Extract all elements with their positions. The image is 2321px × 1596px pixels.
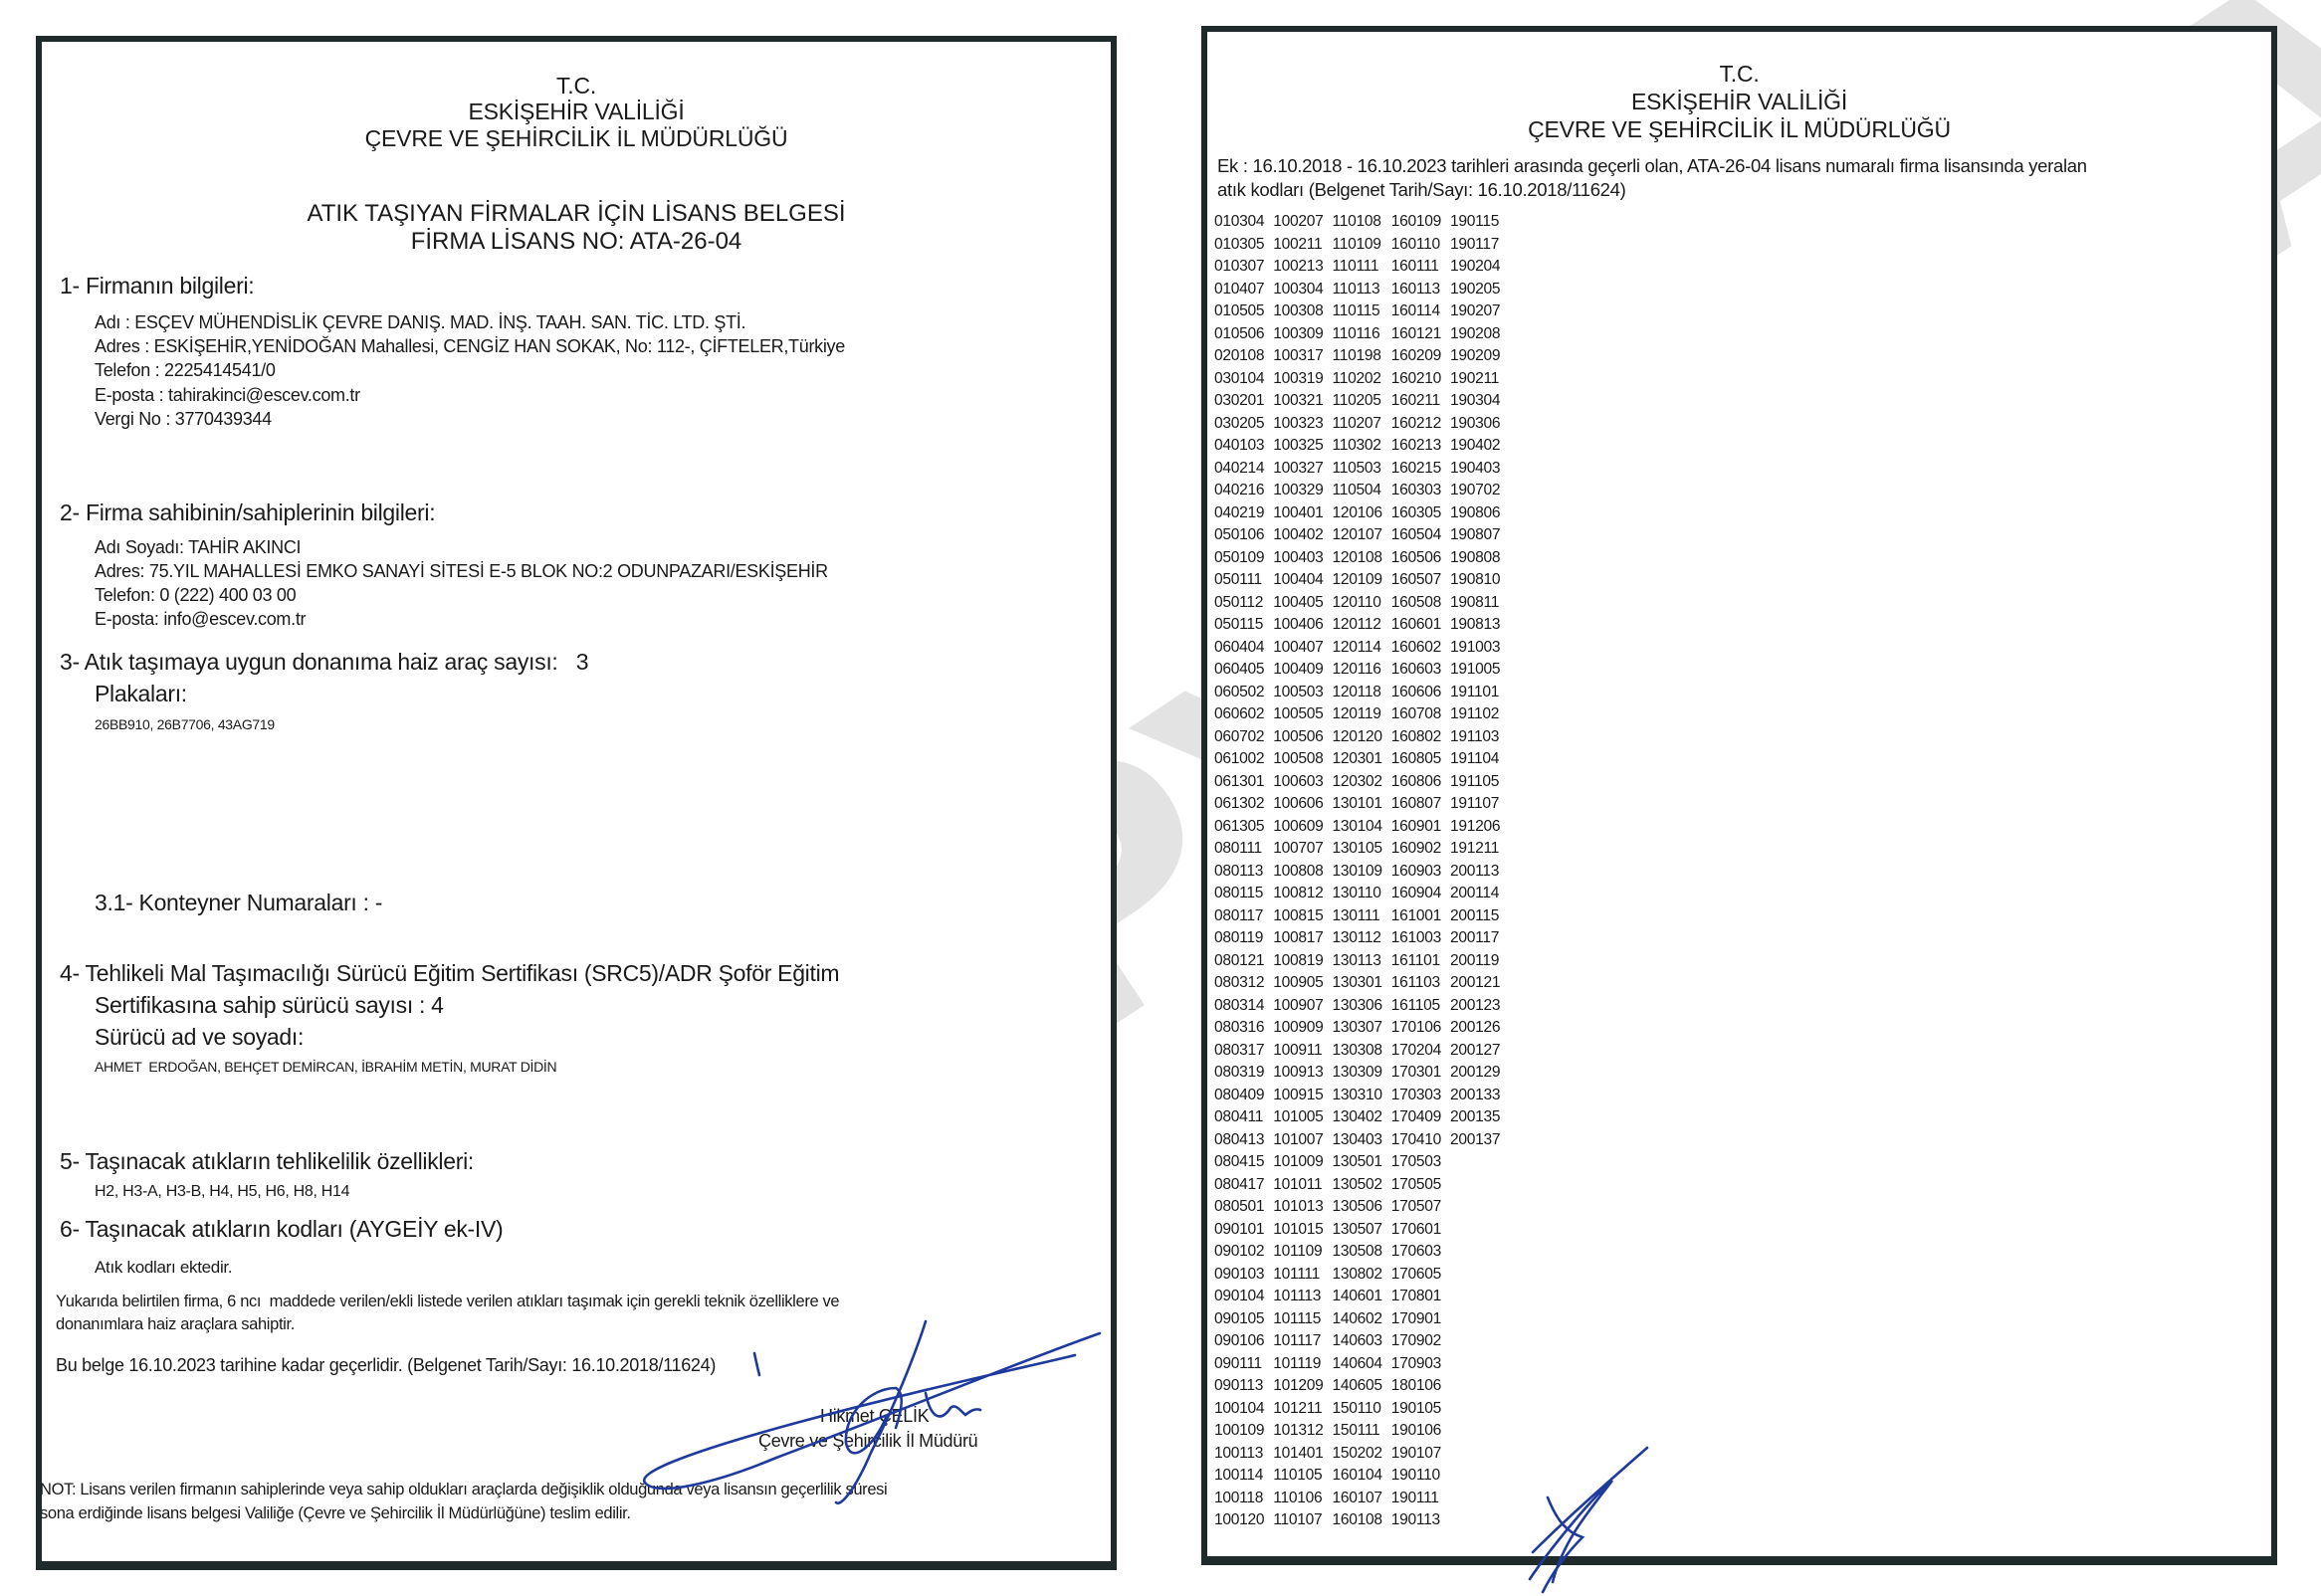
waste-code-cell: 130110 — [1333, 883, 1391, 905]
waste-code-cell — [1450, 1398, 1509, 1421]
waste-codes-attached-note: Atık kodları ektedir. — [95, 1258, 232, 1278]
waste-codes-table: 0103041002071101081601091901150103051002… — [1214, 211, 1509, 1532]
table-row: 061305100609130104160901191206 — [1214, 816, 1509, 839]
waste-code-cell: 100609 — [1273, 816, 1332, 839]
waste-code-cell: 100309 — [1273, 323, 1332, 346]
waste-code-cell: 160602 — [1391, 637, 1450, 660]
waste-code-cell: 150111 — [1333, 1420, 1391, 1443]
certified-driver-count: Sertifikasına sahip sürücü sayısı : 4 — [95, 992, 444, 1019]
waste-code-cell: 100327 — [1273, 458, 1332, 481]
table-row: 061301100603120302160806191105 — [1214, 771, 1509, 794]
waste-code-cell: 190205 — [1450, 279, 1509, 301]
table-row: 050106100402120107160504190807 — [1214, 524, 1509, 547]
waste-code-cell: 100819 — [1273, 950, 1332, 973]
waste-code-cell: 160806 — [1391, 771, 1450, 794]
license-number: FİRMA LİSANS NO: ATA-26-04 — [42, 227, 1111, 256]
waste-code-cell: 130112 — [1333, 927, 1391, 950]
waste-code-cell: 190110 — [1391, 1465, 1450, 1488]
annex-header-line-directorate: ÇEVRE VE ŞEHİRCİLİK İL MÜDÜRLÜĞÜ — [1207, 115, 2271, 143]
waste-code-cell: 100403 — [1273, 547, 1332, 570]
waste-code-cell: 061301 — [1214, 771, 1273, 794]
table-row: 080113100808130109160903200113 — [1214, 861, 1509, 884]
header-line-directorate: ÇEVRE VE ŞEHİRCİLİK İL MÜDÜRLÜĞÜ — [42, 124, 1111, 152]
table-row: 010307100213110111160111190204 — [1214, 256, 1509, 279]
annex-description-line-1: Ek : 16.10.2018 - 16.10.2023 tarihleri a… — [1217, 155, 2087, 177]
waste-code-cell: 110202 — [1333, 368, 1391, 391]
waste-code-cell: 120107 — [1333, 524, 1391, 547]
waste-code-cell: 200117 — [1450, 927, 1509, 950]
waste-code-cell: 130105 — [1333, 838, 1391, 861]
waste-code-cell: 010305 — [1214, 234, 1273, 257]
waste-code-cell: 040219 — [1214, 502, 1273, 525]
waste-code-cell: 200121 — [1450, 972, 1509, 995]
waste-code-cell: 190813 — [1450, 614, 1509, 637]
waste-code-cell: 101119 — [1273, 1353, 1332, 1376]
waste-code-cell: 190808 — [1450, 547, 1509, 570]
waste-code-cell: 170507 — [1391, 1196, 1450, 1219]
waste-code-cell: 061302 — [1214, 793, 1273, 816]
waste-code-cell: 060405 — [1214, 659, 1273, 682]
waste-code-cell: 191105 — [1450, 771, 1509, 794]
waste-code-cell: 100404 — [1273, 569, 1332, 592]
waste-code-cell: 090105 — [1214, 1308, 1273, 1331]
waste-code-cell: 160215 — [1391, 458, 1450, 481]
waste-code-cell: 190115 — [1450, 211, 1509, 234]
waste-code-cell: 090113 — [1214, 1375, 1273, 1398]
waste-code-cell: 080415 — [1214, 1151, 1273, 1174]
waste-code-cell: 160113 — [1391, 279, 1450, 301]
table-row: 100104101211150110190105 — [1214, 1398, 1509, 1421]
waste-code-cell: 190403 — [1450, 458, 1509, 481]
section-1-heading: 1- Firmanın bilgileri: — [60, 273, 254, 299]
waste-code-cell: 160303 — [1391, 480, 1450, 502]
waste-code-cell: 170410 — [1391, 1129, 1450, 1152]
table-row: 080319100913130309170301200129 — [1214, 1062, 1509, 1085]
waste-code-cell: 100405 — [1273, 592, 1332, 615]
table-row: 080314100907130306161105200123 — [1214, 995, 1509, 1018]
waste-code-cell: 200137 — [1450, 1129, 1509, 1152]
waste-code-cell: 190117 — [1450, 234, 1509, 257]
waste-code-cell: 080501 — [1214, 1196, 1273, 1219]
header-line-governorship: ESKİŞEHİR VALİLİĞİ — [42, 98, 1111, 125]
waste-code-cell: 130402 — [1333, 1106, 1391, 1129]
waste-code-cell — [1450, 1174, 1509, 1197]
table-row: 090113101209140605180106 — [1214, 1375, 1509, 1398]
waste-code-cell: 160121 — [1391, 323, 1450, 346]
waste-code-cell: 130104 — [1333, 816, 1391, 839]
waste-code-cell: 120109 — [1333, 569, 1391, 592]
waste-code-cell: 200127 — [1450, 1040, 1509, 1063]
waste-code-cell: 150110 — [1333, 1398, 1391, 1421]
waste-code-cell: 100503 — [1273, 682, 1332, 704]
waste-code-cell: 170301 — [1391, 1062, 1450, 1085]
waste-code-cell: 130502 — [1333, 1174, 1391, 1197]
waste-code-cell: 080409 — [1214, 1085, 1273, 1107]
waste-code-cell: 040103 — [1214, 435, 1273, 458]
plates-label: Plakaları: — [95, 681, 187, 707]
waste-code-cell: 190810 — [1450, 569, 1509, 592]
header-line-tc: T.C. — [42, 72, 1111, 100]
waste-code-cell: 110107 — [1273, 1509, 1332, 1532]
waste-code-cell: 101115 — [1273, 1308, 1332, 1331]
waste-code-cell: 160805 — [1391, 748, 1450, 771]
waste-code-cell: 170902 — [1391, 1330, 1450, 1353]
waste-code-cell: 120302 — [1333, 771, 1391, 794]
waste-code-cell: 130508 — [1333, 1241, 1391, 1264]
table-row: 060404100407120114160602191003 — [1214, 637, 1509, 660]
company-tax-number: Vergi No : 3770439344 — [95, 409, 272, 430]
table-row: 040216100329110504160303190702 — [1214, 480, 1509, 502]
company-email: E-posta : tahirakinci@escev.com.tr — [95, 385, 360, 406]
waste-code-cell: 190105 — [1391, 1398, 1450, 1421]
waste-code-cell: 101007 — [1273, 1129, 1332, 1152]
waste-code-cell — [1450, 1219, 1509, 1242]
waste-code-cell: 100113 — [1214, 1443, 1273, 1466]
waste-code-cell: 100329 — [1273, 480, 1332, 502]
waste-code-cell — [1450, 1509, 1509, 1532]
waste-code-cell: 190209 — [1450, 345, 1509, 368]
waste-code-cell: 200114 — [1450, 883, 1509, 905]
table-row: 030201100321110205160211190304 — [1214, 390, 1509, 413]
waste-code-cell: 080113 — [1214, 861, 1273, 884]
waste-code-cell: 170801 — [1391, 1286, 1450, 1308]
waste-code-cell: 190204 — [1450, 256, 1509, 279]
table-row: 080117100815130111161001200115 — [1214, 905, 1509, 928]
waste-code-cell: 100109 — [1214, 1420, 1273, 1443]
waste-code-cell: 090106 — [1214, 1330, 1273, 1353]
waste-code-cell: 140604 — [1333, 1353, 1391, 1376]
waste-code-cell: 120110 — [1333, 592, 1391, 615]
waste-code-cell: 190107 — [1391, 1443, 1450, 1466]
waste-code-cell: 130111 — [1333, 905, 1391, 928]
waste-code-cell: 160210 — [1391, 368, 1450, 391]
waste-code-cell: 100508 — [1273, 748, 1332, 771]
waste-code-cell: 130501 — [1333, 1151, 1391, 1174]
waste-code-cell: 100506 — [1273, 726, 1332, 749]
waste-code-cell: 190702 — [1450, 480, 1509, 502]
waste-code-cell: 030201 — [1214, 390, 1273, 413]
waste-code-cell: 191102 — [1450, 703, 1509, 726]
table-row: 050115100406120112160601190813 — [1214, 614, 1509, 637]
waste-code-cell: 130310 — [1333, 1085, 1391, 1107]
waste-code-cell: 100911 — [1273, 1040, 1332, 1063]
waste-code-cell: 101312 — [1273, 1420, 1332, 1443]
table-row: 060702100506120120160802191103 — [1214, 726, 1509, 749]
table-row: 090102101109130508170603 — [1214, 1241, 1509, 1264]
waste-code-cell: 101111 — [1273, 1264, 1332, 1287]
waste-code-cell: 191103 — [1450, 726, 1509, 749]
table-row: 050109100403120108160506190808 — [1214, 547, 1509, 570]
waste-code-cell: 080119 — [1214, 927, 1273, 950]
waste-code-cell: 080317 — [1214, 1040, 1273, 1063]
waste-code-cell: 100907 — [1273, 995, 1332, 1018]
waste-code-cell: 101117 — [1273, 1330, 1332, 1353]
waste-code-cell: 170106 — [1391, 1017, 1450, 1040]
table-row: 010304100207110108160109190115 — [1214, 211, 1509, 234]
waste-code-cell: 120106 — [1333, 502, 1391, 525]
waste-codes-annex-page: T.C. ESKİŞEHİR VALİLİĞİ ÇEVRE VE ŞEHİRCİ… — [1201, 26, 2277, 1565]
waste-code-cell: 100325 — [1273, 435, 1332, 458]
waste-code-cell: 101015 — [1273, 1219, 1332, 1242]
document-title: ATIK TAŞIYAN FİRMALAR İÇİN LİSANS BELGES… — [42, 199, 1111, 228]
waste-code-cell: 160606 — [1391, 682, 1450, 704]
waste-code-cell: 120116 — [1333, 659, 1391, 682]
table-row: 040103100325110302160213190402 — [1214, 435, 1509, 458]
waste-code-cell — [1450, 1420, 1509, 1443]
waste-code-cell: 170409 — [1391, 1106, 1450, 1129]
waste-code-cell: 100815 — [1273, 905, 1332, 928]
waste-code-cell: 130113 — [1333, 950, 1391, 973]
waste-code-cell: 100402 — [1273, 524, 1332, 547]
company-name: Adı : ESÇEV MÜHENDİSLİK ÇEVRE DANIŞ. MAD… — [95, 312, 745, 333]
waste-code-cell: 160111 — [1391, 256, 1450, 279]
waste-code-cell: 190304 — [1450, 390, 1509, 413]
waste-code-cell: 010407 — [1214, 279, 1273, 301]
waste-code-cell: 080314 — [1214, 995, 1273, 1018]
waste-code-cell: 050111 — [1214, 569, 1273, 592]
waste-code-cell: 100104 — [1214, 1398, 1273, 1421]
vehicle-plates: 26BB910, 26B7706, 43AG719 — [95, 716, 275, 732]
table-row: 090104101113140601170801 — [1214, 1286, 1509, 1308]
waste-code-cell: 100213 — [1273, 256, 1332, 279]
waste-code-cell: 200115 — [1450, 905, 1509, 928]
waste-code-cell: 030205 — [1214, 413, 1273, 436]
owner-name: Adı Soyadı: TAHİR AKINCI — [95, 537, 301, 558]
waste-code-cell: 101401 — [1273, 1443, 1332, 1466]
owner-address: Adres: 75.YIL MAHALLESİ EMKO SANAYİ SİTE… — [95, 561, 828, 582]
table-row: 060502100503120118160606191101 — [1214, 682, 1509, 704]
table-row: 100113101401150202190107 — [1214, 1443, 1509, 1466]
waste-code-cell: 120108 — [1333, 547, 1391, 570]
waste-code-cell: 190207 — [1450, 300, 1509, 323]
waste-code-cell: 110205 — [1333, 390, 1391, 413]
table-row: 010407100304110113160113190205 — [1214, 279, 1509, 301]
waste-code-cell: 101011 — [1273, 1174, 1332, 1197]
table-row: 050111100404120109160507190810 — [1214, 569, 1509, 592]
waste-code-cell: 110116 — [1333, 323, 1391, 346]
waste-code-cell: 161003 — [1391, 927, 1450, 950]
waste-code-cell: 050112 — [1214, 592, 1273, 615]
table-row: 080415101009130501170503 — [1214, 1151, 1509, 1174]
waste-code-cell: 170605 — [1391, 1264, 1450, 1287]
table-row: 010505100308110115160114190207 — [1214, 300, 1509, 323]
owner-phone: Telefon: 0 (222) 400 03 00 — [95, 585, 296, 606]
table-row: 080121100819130113161101200119 — [1214, 950, 1509, 973]
waste-code-cell: 190807 — [1450, 524, 1509, 547]
waste-code-cell: 190806 — [1450, 502, 1509, 525]
table-row: 090101101015130507170601 — [1214, 1219, 1509, 1242]
waste-code-cell: 090103 — [1214, 1264, 1273, 1287]
waste-code-cell: 110111 — [1333, 256, 1391, 279]
waste-code-cell: 101209 — [1273, 1375, 1332, 1398]
waste-code-cell: 200126 — [1450, 1017, 1509, 1040]
waste-code-cell: 101113 — [1273, 1286, 1332, 1308]
waste-code-cell: 120114 — [1333, 637, 1391, 660]
waste-code-cell — [1450, 1241, 1509, 1264]
table-row: 080409100915130310170303200133 — [1214, 1085, 1509, 1107]
waste-code-cell: 161105 — [1391, 995, 1450, 1018]
waste-code-cell: 101211 — [1273, 1398, 1332, 1421]
waste-code-cell: 100707 — [1273, 838, 1332, 861]
table-row: 100120110107160108190113 — [1214, 1509, 1509, 1532]
waste-code-cell: 140601 — [1333, 1286, 1391, 1308]
waste-code-cell — [1450, 1196, 1509, 1219]
table-row: 090105101115140602170901 — [1214, 1308, 1509, 1331]
waste-code-cell: 080319 — [1214, 1062, 1273, 1085]
company-address: Adres : ESKİŞEHİR,YENİDOĞAN Mahallesi, C… — [95, 336, 845, 357]
waste-code-cell: 100905 — [1273, 972, 1332, 995]
initials-signature-icon — [1508, 1443, 1667, 1592]
waste-code-cell: 010304 — [1214, 211, 1273, 234]
waste-code-cell: 170303 — [1391, 1085, 1450, 1107]
waste-code-cell: 100407 — [1273, 637, 1332, 660]
waste-code-cell: 050109 — [1214, 547, 1273, 570]
waste-code-cell: 100114 — [1214, 1465, 1273, 1488]
waste-code-cell: 100409 — [1273, 659, 1332, 682]
waste-code-cell: 101005 — [1273, 1106, 1332, 1129]
waste-code-cell: 160110 — [1391, 234, 1450, 257]
waste-code-cell — [1450, 1151, 1509, 1174]
waste-code-cell: 170204 — [1391, 1040, 1450, 1063]
waste-code-cell — [1450, 1286, 1509, 1308]
waste-code-cell: 130301 — [1333, 972, 1391, 995]
waste-code-cell: 200129 — [1450, 1062, 1509, 1085]
waste-code-cell: 090101 — [1214, 1219, 1273, 1242]
waste-code-cell: 130308 — [1333, 1040, 1391, 1063]
waste-code-cell: 180106 — [1391, 1375, 1450, 1398]
waste-code-cell: 160708 — [1391, 703, 1450, 726]
waste-code-cell: 130506 — [1333, 1196, 1391, 1219]
waste-code-cell: 160601 — [1391, 614, 1450, 637]
waste-code-cell: 100505 — [1273, 703, 1332, 726]
waste-code-cell: 010307 — [1214, 256, 1273, 279]
section-3-heading: 3- Atık taşımaya uygun donanıma haiz ara… — [60, 649, 588, 676]
container-numbers: 3.1- Konteyner Numaraları : - — [95, 890, 382, 916]
owner-email: E-posta: info@escev.com.tr — [95, 609, 306, 630]
waste-code-cell: 080312 — [1214, 972, 1273, 995]
waste-code-cell: 080111 — [1214, 838, 1273, 861]
waste-code-cell: 100909 — [1273, 1017, 1332, 1040]
waste-code-cell: 120119 — [1333, 703, 1391, 726]
waste-code-cell: 120120 — [1333, 726, 1391, 749]
waste-code-cell: 200113 — [1450, 861, 1509, 884]
waste-code-cell: 040214 — [1214, 458, 1273, 481]
table-row: 010305100211110109160110190117 — [1214, 234, 1509, 257]
waste-code-cell: 110207 — [1333, 413, 1391, 436]
waste-code-cell: 060502 — [1214, 682, 1273, 704]
table-row: 080111100707130105160902191211 — [1214, 838, 1509, 861]
waste-code-cell: 080411 — [1214, 1106, 1273, 1129]
waste-code-cell: 190211 — [1450, 368, 1509, 391]
waste-code-cell: 130307 — [1333, 1017, 1391, 1040]
waste-code-cell: 170503 — [1391, 1151, 1450, 1174]
table-row: 100118110106160107190111 — [1214, 1488, 1509, 1510]
waste-code-cell: 060702 — [1214, 726, 1273, 749]
waste-code-cell: 100319 — [1273, 368, 1332, 391]
waste-code-cell: 130101 — [1333, 793, 1391, 816]
waste-code-cell: 010506 — [1214, 323, 1273, 346]
waste-code-cell: 030104 — [1214, 368, 1273, 391]
waste-code-cell: 160114 — [1391, 300, 1450, 323]
waste-code-cell: 200135 — [1450, 1106, 1509, 1129]
waste-code-cell: 170505 — [1391, 1174, 1450, 1197]
waste-code-cell: 110504 — [1333, 480, 1391, 502]
driver-names: AHMET ERDOĞAN, BEHÇET DEMİRCAN, İBRAHİM … — [95, 1059, 556, 1075]
waste-code-cell: 080115 — [1214, 883, 1273, 905]
waste-code-cell: 161103 — [1391, 972, 1450, 995]
waste-code-cell: 100207 — [1273, 211, 1332, 234]
table-row: 080417101011130502170505 — [1214, 1174, 1509, 1197]
hazard-properties: H2, H3-A, H3-B, H4, H5, H6, H8, H14 — [95, 1183, 349, 1201]
waste-code-cell: 120118 — [1333, 682, 1391, 704]
waste-code-cell: 160901 — [1391, 816, 1450, 839]
waste-code-cell — [1450, 1488, 1509, 1510]
waste-code-cell: 100606 — [1273, 793, 1332, 816]
waste-code-cell — [1450, 1308, 1509, 1331]
waste-code-cell: 120301 — [1333, 748, 1391, 771]
waste-code-cell: 160212 — [1391, 413, 1450, 436]
waste-code-cell: 100118 — [1214, 1488, 1273, 1510]
table-row: 100109101312150111190106 — [1214, 1420, 1509, 1443]
table-row: 040219100401120106160305190806 — [1214, 502, 1509, 525]
waste-code-cell: 160603 — [1391, 659, 1450, 682]
waste-code-cell: 100308 — [1273, 300, 1332, 323]
waste-code-cell: 191003 — [1450, 637, 1509, 660]
waste-code-cell: 170901 — [1391, 1308, 1450, 1331]
waste-code-cell: 061305 — [1214, 816, 1273, 839]
waste-code-cell: 130403 — [1333, 1129, 1391, 1152]
waste-code-cell: 130507 — [1333, 1219, 1391, 1242]
table-row: 080411101005130402170409200135 — [1214, 1106, 1509, 1129]
waste-code-cell: 060602 — [1214, 703, 1273, 726]
waste-code-cell: 191005 — [1450, 659, 1509, 682]
waste-code-cell — [1450, 1330, 1509, 1353]
waste-code-cell: 160213 — [1391, 435, 1450, 458]
section-2-heading: 2- Firma sahibinin/sahiplerinin bilgiler… — [60, 499, 435, 526]
annex-header-line-tc: T.C. — [1207, 60, 2271, 88]
waste-code-cell: 160508 — [1391, 592, 1450, 615]
waste-code-cell: 130306 — [1333, 995, 1391, 1018]
waste-code-cell: 190113 — [1391, 1509, 1450, 1532]
waste-code-cell: 100808 — [1273, 861, 1332, 884]
waste-code-cell: 101109 — [1273, 1241, 1332, 1264]
table-row: 090106101117140603170902 — [1214, 1330, 1509, 1353]
waste-code-cell: 160807 — [1391, 793, 1450, 816]
waste-code-cell: 101013 — [1273, 1196, 1332, 1219]
waste-code-cell: 190306 — [1450, 413, 1509, 436]
table-row: 050112100405120110160508190811 — [1214, 592, 1509, 615]
annex-header-line-governorship: ESKİŞEHİR VALİLİĞİ — [1207, 88, 2271, 115]
waste-code-cell: 080316 — [1214, 1017, 1273, 1040]
waste-code-cell: 150202 — [1333, 1443, 1391, 1466]
table-row: 020108100317110198160209190209 — [1214, 345, 1509, 368]
table-row: 080316100909130307170106200126 — [1214, 1017, 1509, 1040]
table-row: 061002100508120301160805191104 — [1214, 748, 1509, 771]
waste-code-cell: 160903 — [1391, 861, 1450, 884]
waste-code-cell: 040216 — [1214, 480, 1273, 502]
waste-code-cell: 110113 — [1333, 279, 1391, 301]
waste-code-cell: 010505 — [1214, 300, 1273, 323]
waste-code-cell: 191104 — [1450, 748, 1509, 771]
table-row: 100114110105160104190110 — [1214, 1465, 1509, 1488]
waste-code-cell: 200119 — [1450, 950, 1509, 973]
waste-code-cell: 080417 — [1214, 1174, 1273, 1197]
waste-code-cell: 020108 — [1214, 345, 1273, 368]
waste-code-cell: 100401 — [1273, 502, 1332, 525]
signature-icon — [597, 1294, 1115, 1512]
waste-code-cell: 060404 — [1214, 637, 1273, 660]
waste-code-cell: 110108 — [1333, 211, 1391, 234]
